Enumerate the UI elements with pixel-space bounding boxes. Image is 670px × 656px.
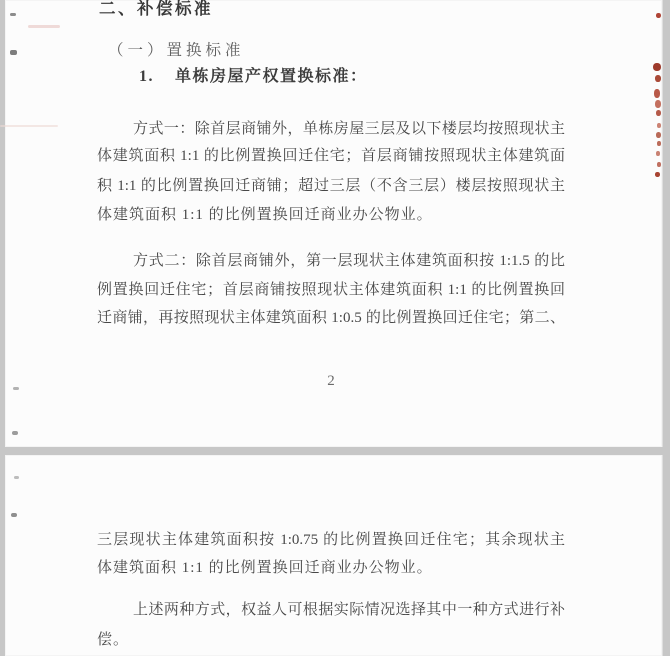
paragraph4-line: 偿。 — [97, 625, 565, 655]
scan-smudge — [11, 513, 17, 517]
red-ink-mark — [656, 110, 661, 116]
scanned-page-2: 三层现状主体建筑面积按 1:0.75 的比例置换回迁住宅；其余现状主 体建筑面积… — [5, 455, 663, 656]
red-ink-mark — [653, 63, 661, 71]
scanned-document-view: 二、补偿标准 （一）置换标准 1.单栋房屋产权置换标准： 方式一：除首层商铺外，… — [0, 0, 670, 656]
scan-smudge — [28, 25, 60, 28]
scan-smudge — [10, 50, 17, 55]
scan-smudge — [12, 431, 18, 435]
item-number: 1. — [139, 68, 154, 85]
red-ink-mark — [655, 172, 660, 177]
numbered-item-heading: 1.单栋房屋产权置换标准： — [139, 62, 368, 92]
paragraph1-line: 体建筑面积 1:1 的比例置换回迁商业办公物业。 — [97, 200, 565, 230]
scan-smudge — [13, 387, 19, 390]
page-number: 2 — [97, 366, 565, 396]
scan-smudge — [10, 13, 16, 16]
paragraph2-line: 例置换回迁住宅；首层商铺按照现状主体建筑面积 1:1 的比例置换回 — [97, 275, 565, 305]
paragraph1-line: 积 1:1 的比例置换回迁商铺；超过三层（不含三层）楼层按照现状主 — [97, 171, 565, 201]
paragraph1-line: 体建筑面积 1:1 的比例置换回迁住宅；首层商铺按照现状主体建筑面 — [97, 141, 565, 171]
paragraph4-line: 上述两种方式，权益人可根据实际情况选择其中一种方式进行补 — [97, 595, 565, 625]
paragraph3-line: 三层现状主体建筑面积按 1:0.75 的比例置换回迁住宅；其余现状主 — [97, 525, 565, 555]
red-ink-mark — [656, 13, 661, 18]
red-ink-mark — [657, 141, 661, 146]
red-ink-mark — [657, 123, 661, 128]
paragraph2-line: 方式二：除首层商铺外，第一层现状主体建筑面积按 1:1.5 的比 — [97, 246, 565, 276]
paragraph2-line: 迁商铺，再按照现状主体建筑面积 1:0.5 的比例置换回迁住宅；第二、 — [97, 303, 565, 333]
scanned-page-1: 二、补偿标准 （一）置换标准 1.单栋房屋产权置换标准： 方式一：除首层商铺外，… — [5, 0, 663, 447]
red-ink-mark — [655, 75, 661, 82]
section-heading: 二、补偿标准 — [99, 0, 213, 20]
scan-smudge — [14, 476, 19, 479]
paragraph3-line: 体建筑面积 1:1 的比例置换回迁商业办公物业。 — [97, 553, 565, 583]
item-title: 单栋房屋产权置换标准： — [175, 68, 368, 85]
red-ink-mark — [656, 132, 661, 138]
red-ink-mark — [656, 151, 660, 156]
paragraph1-line: 方式一：除首层商铺外，单栋房屋三层及以下楼层均按照现状主 — [97, 114, 565, 144]
red-ink-mark — [657, 162, 661, 167]
red-ink-mark — [655, 100, 661, 108]
red-ink-mark — [654, 89, 660, 98]
scan-smudge — [0, 125, 58, 127]
